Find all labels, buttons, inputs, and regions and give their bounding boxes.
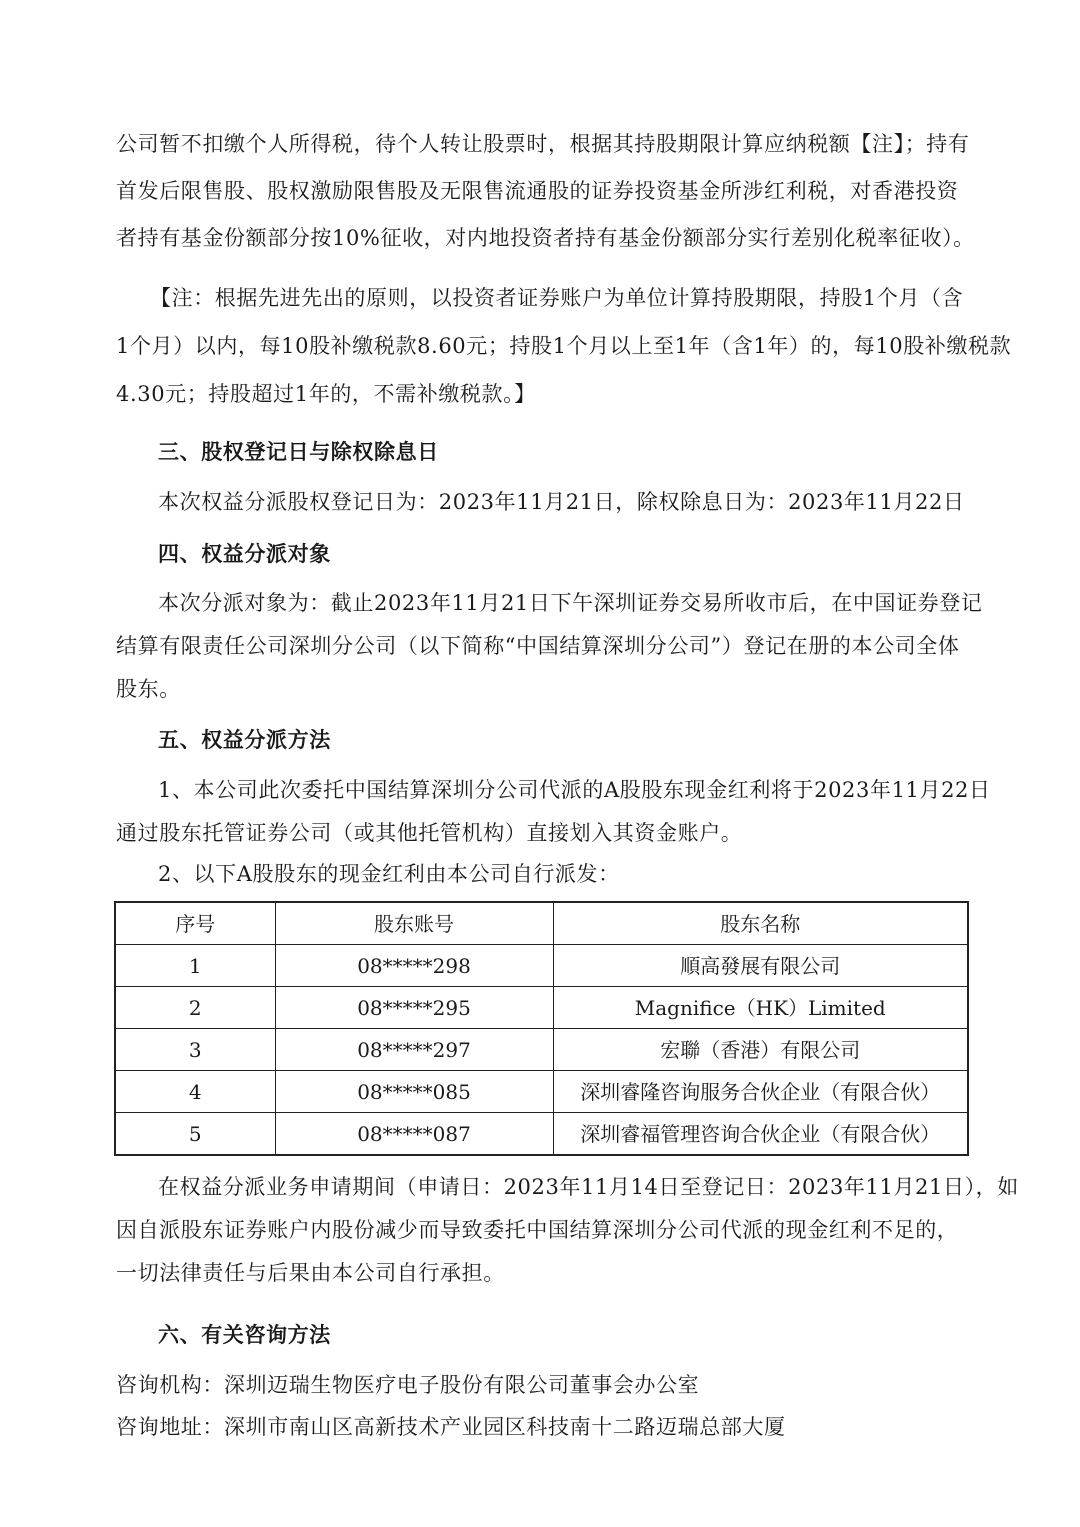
table-row: 2 08*****295 Magnifice（HK）Limited [115,987,968,1029]
header-name: 股东名称 [553,902,968,945]
cell-index: 3 [115,1029,275,1071]
cell-name: 深圳睿隆咨询服务合伙企业（有限合伙） [553,1071,968,1113]
cell-name: 宏聯（香港）有限公司 [553,1029,968,1071]
section5-item2: 2、以下A股股东的现金红利由本公司自行派发： [158,859,620,889]
after-table-line-3: 一切法律责任与后果由本公司自行承担。 [116,1258,505,1288]
table-row: 4 08*****085 深圳睿隆咨询服务合伙企业（有限合伙） [115,1071,968,1113]
contact-address: 咨询地址：深圳市南山区高新技术产业园区科技南十二路迈瑞总部大厦 [116,1412,786,1442]
cell-account: 08*****087 [275,1113,553,1156]
cell-account: 08*****298 [275,945,553,987]
cell-index: 1 [115,945,275,987]
cell-index: 4 [115,1071,275,1113]
cell-index: 5 [115,1113,275,1156]
intro-line-1: 公司暂不扣缴个人所得税，待个人转让股票时，根据其持股期限计算应纳税额【注】；持有 [116,129,970,159]
section4-body-line-3: 股东。 [116,674,181,704]
cell-account: 08*****295 [275,987,553,1029]
section4-body-line-1: 本次分派对象为：截止2023年11月21日下午深圳证券交易所收市后，在中国证券登… [158,588,982,618]
table-row: 3 08*****297 宏聯（香港）有限公司 [115,1029,968,1071]
section3-body: 本次权益分派股权登记日为：2023年11月21日，除权除息日为：2023年11月… [158,487,965,517]
section3-heading: 三、股权登记日与除权除息日 [158,437,439,467]
header-account: 股东账号 [275,902,553,945]
after-table-line-1: 在权益分派业务申请期间（申请日：2023年11月14日至登记日：2023年11月… [158,1172,1019,1202]
section4-body-line-2: 结算有限责任公司深圳分公司（以下简称“中国结算深圳分公司”）登记在册的本公司全体 [116,631,959,661]
cell-name: 順高發展有限公司 [553,945,968,987]
intro-line-2: 首发后限售股、股权激励限售股及无限售流通股的证券投资基金所涉红利税，对香港投资 [116,176,958,206]
note-line-3: 4.30元；持股超过1年的，不需补缴税款。】 [116,379,536,409]
contact-org: 咨询机构：深圳迈瑞生物医疗电子股份有限公司董事会办公室 [116,1370,699,1400]
cell-account: 08*****297 [275,1029,553,1071]
header-index: 序号 [115,902,275,945]
section5-item1-line-1: 1、本公司此次委托中国结算深圳分公司代派的A股股东现金红利将于2023年11月2… [158,775,991,805]
section5-item1-line-2: 通过股东托管证券公司（或其他托管机构）直接划入其资金账户。 [116,818,742,848]
note-line-2: 1个月）以内，每10股补缴税款8.60元；持股1个月以上至1年（含1年）的，每1… [116,331,1011,361]
cell-name: 深圳睿福管理咨询合伙企业（有限合伙） [553,1113,968,1156]
intro-line-3: 者持有基金份额部分按10%征收，对内地投资者持有基金份额部分实行差别化税率征收）… [116,223,975,253]
cell-index: 2 [115,987,275,1029]
section6-heading: 六、有关咨询方法 [158,1320,331,1350]
shareholder-table: 序号 股东账号 股东名称 1 08*****298 順高發展有限公司 2 08*… [114,901,969,1156]
note-line-1: 【注：根据先进先出的原则，以投资者证券账户为单位计算持股期限，持股1个月（含 [150,283,963,313]
table-row: 1 08*****298 順高發展有限公司 [115,945,968,987]
after-table-line-2: 因自派股东证券账户内股份减少而导致委托中国结算深圳分公司代派的现金红利不足的， [116,1215,958,1245]
table-header-row: 序号 股东账号 股东名称 [115,902,968,945]
document-page: 公司暂不扣缴个人所得税，待个人转让股票时，根据其持股期限计算应纳税额【注】；持有… [0,0,1080,1527]
cell-account: 08*****085 [275,1071,553,1113]
section5-heading: 五、权益分派方法 [158,725,331,755]
table-row: 5 08*****087 深圳睿福管理咨询合伙企业（有限合伙） [115,1113,968,1156]
cell-name: Magnifice（HK）Limited [553,987,968,1029]
section4-heading: 四、权益分派对象 [158,539,331,569]
